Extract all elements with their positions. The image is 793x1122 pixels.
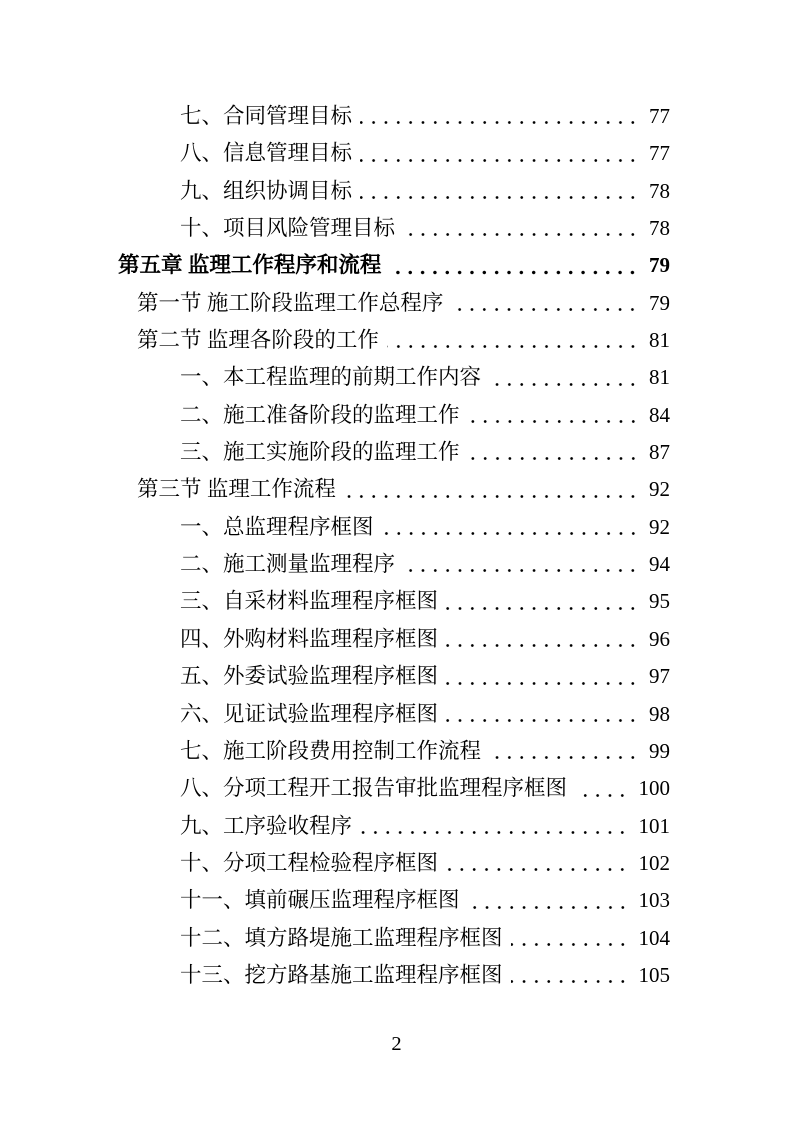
toc-entry-title: 十二、填方路堤施工监理程序框图 xyxy=(180,920,503,957)
toc-entry-title: 十、分项工程检验程序框图 xyxy=(180,845,438,882)
footer-page-number: 2 xyxy=(391,1033,401,1055)
toc-entry-page: 79 xyxy=(649,285,670,322)
dot-leader xyxy=(360,808,629,845)
dot-leader xyxy=(511,957,630,994)
toc-entry-title: 九、工序验收程序 xyxy=(180,808,352,845)
toc-entry-page: 77 xyxy=(649,98,670,135)
toc-entry-title: 八、分项工程开工报告审批监理程序框图 xyxy=(180,770,567,807)
toc-entry-page: 87 xyxy=(649,434,670,471)
toc-entry[interactable]: 第五章 监理工作程序和流程 79 xyxy=(118,247,670,284)
toc-entry[interactable]: 八、分项工程开工报告审批监理程序框图 100 xyxy=(118,770,670,807)
toc-entry-page: 92 xyxy=(649,509,670,546)
toc-entry[interactable]: 第二节 监理各阶段的工作 81 xyxy=(118,322,670,359)
dot-leader xyxy=(360,135,640,172)
toc-entry-title: 第一节 施工阶段监理工作总程序 xyxy=(137,285,443,322)
toc-entry-title: 第二节 监理各阶段的工作 xyxy=(137,322,379,359)
dot-leader xyxy=(344,471,640,508)
toc-entry-page: 96 xyxy=(649,621,670,658)
dot-leader xyxy=(403,210,640,247)
toc-entry[interactable]: 三、自采材料监理程序框图 95 xyxy=(118,583,670,620)
toc-entry[interactable]: 一、本工程监理的前期工作内容 81 xyxy=(118,359,670,396)
toc-entry-title: 第三节 监理工作流程 xyxy=(137,471,336,508)
toc-entry[interactable]: 第三节 监理工作流程 92 xyxy=(118,471,670,508)
toc-entry[interactable]: 十、项目风险管理目标 78 xyxy=(118,210,670,247)
dot-leader xyxy=(489,733,640,770)
toc-entry-page: 84 xyxy=(649,397,670,434)
toc-entry-title: 二、施工测量监理程序 xyxy=(180,546,395,583)
toc-entry[interactable]: 六、见证试验监理程序框图 98 xyxy=(118,696,670,733)
toc-entry-title: 十、项目风险管理目标 xyxy=(180,210,395,247)
toc-entry-page: 105 xyxy=(639,957,671,994)
toc-entry-title: 四、外购材料监理程序框图 xyxy=(180,621,438,658)
toc-entry-title: 第五章 监理工作程序和流程 xyxy=(118,247,381,284)
dot-leader xyxy=(446,658,640,695)
toc-entry-title: 十三、挖方路基施工监理程序框图 xyxy=(180,957,503,994)
dot-leader xyxy=(575,770,629,807)
dot-leader xyxy=(468,882,630,919)
toc-entry-title: 一、本工程监理的前期工作内容 xyxy=(180,359,481,396)
toc-entry-title: 十一、填前碾压监理程序框图 xyxy=(180,882,460,919)
toc-entry-page: 98 xyxy=(649,696,670,733)
toc-entry-title: 一、总监理程序框图 xyxy=(180,509,374,546)
toc-entry[interactable]: 八、信息管理目标 77 xyxy=(118,135,670,172)
toc-entry-page: 102 xyxy=(639,845,671,882)
table-of-contents: 七、合同管理目标 77 八、信息管理目标 77 九、组织协调目标 78 十、项目… xyxy=(118,98,670,994)
toc-entry-page: 95 xyxy=(649,583,670,620)
toc-entry-page: 103 xyxy=(639,882,671,919)
toc-entry-title: 三、自采材料监理程序框图 xyxy=(180,583,438,620)
toc-entry-title: 七、施工阶段费用控制工作流程 xyxy=(180,733,481,770)
dot-leader xyxy=(446,621,640,658)
toc-entry[interactable]: 七、施工阶段费用控制工作流程 99 xyxy=(118,733,670,770)
toc-entry[interactable]: 七、合同管理目标 77 xyxy=(118,98,670,135)
toc-entry[interactable]: 二、施工准备阶段的监理工作 84 xyxy=(118,397,670,434)
toc-entry-page: 99 xyxy=(649,733,670,770)
toc-entry-page: 78 xyxy=(649,173,670,210)
toc-entry-title: 五、外委试验监理程序框图 xyxy=(180,658,438,695)
toc-entry-page: 97 xyxy=(649,658,670,695)
toc-entry-page: 92 xyxy=(649,471,670,508)
toc-entry-page: 104 xyxy=(639,920,671,957)
dot-leader xyxy=(360,173,640,210)
toc-entry-page: 100 xyxy=(639,770,671,807)
dot-leader xyxy=(468,434,640,471)
dot-leader xyxy=(468,397,640,434)
toc-entry-page: 94 xyxy=(649,546,670,583)
toc-entry-page: 77 xyxy=(649,135,670,172)
document-page: 七、合同管理目标 77 八、信息管理目标 77 九、组织协调目标 78 十、项目… xyxy=(0,0,793,1122)
toc-entry-title: 七、合同管理目标 xyxy=(180,98,352,135)
dot-leader xyxy=(389,247,640,284)
toc-entry-title: 二、施工准备阶段的监理工作 xyxy=(180,397,460,434)
toc-entry[interactable]: 五、外委试验监理程序框图 97 xyxy=(118,658,670,695)
toc-entry[interactable]: 四、外购材料监理程序框图 96 xyxy=(118,621,670,658)
toc-entry[interactable]: 十三、挖方路基施工监理程序框图 105 xyxy=(118,957,670,994)
dot-leader xyxy=(489,359,640,396)
toc-entry-page: 78 xyxy=(649,210,670,247)
dot-leader xyxy=(382,509,640,546)
toc-entry[interactable]: 十、分项工程检验程序框图 102 xyxy=(118,845,670,882)
toc-entry[interactable]: 十二、填方路堤施工监理程序框图 104 xyxy=(118,920,670,957)
toc-entry[interactable]: 九、工序验收程序 101 xyxy=(118,808,670,845)
toc-entry-title: 六、见证试验监理程序框图 xyxy=(180,696,438,733)
page-footer: 2 xyxy=(0,1026,793,1063)
toc-entry-page: 81 xyxy=(649,322,670,359)
dot-leader xyxy=(446,696,640,733)
toc-entry-page: 101 xyxy=(639,808,671,845)
toc-entry[interactable]: 第一节 施工阶段监理工作总程序 79 xyxy=(118,285,670,322)
toc-entry[interactable]: 三、施工实施阶段的监理工作 87 xyxy=(118,434,670,471)
toc-entry[interactable]: 十一、填前碾压监理程序框图 103 xyxy=(118,882,670,919)
dot-leader xyxy=(360,98,640,135)
dot-leader xyxy=(451,285,640,322)
dot-leader xyxy=(446,583,640,620)
dot-leader xyxy=(446,845,629,882)
toc-entry-title: 九、组织协调目标 xyxy=(180,173,352,210)
toc-entry-title: 三、施工实施阶段的监理工作 xyxy=(180,434,460,471)
dot-leader xyxy=(511,920,630,957)
dot-leader xyxy=(403,546,640,583)
toc-entry-page: 79 xyxy=(649,247,670,284)
toc-entry[interactable]: 一、总监理程序框图 92 xyxy=(118,509,670,546)
toc-entry-page: 81 xyxy=(649,359,670,396)
toc-entry[interactable]: 二、施工测量监理程序 94 xyxy=(118,546,670,583)
toc-entry[interactable]: 九、组织协调目标 78 xyxy=(118,173,670,210)
toc-entry-title: 八、信息管理目标 xyxy=(180,135,352,172)
dot-leader xyxy=(387,322,640,359)
